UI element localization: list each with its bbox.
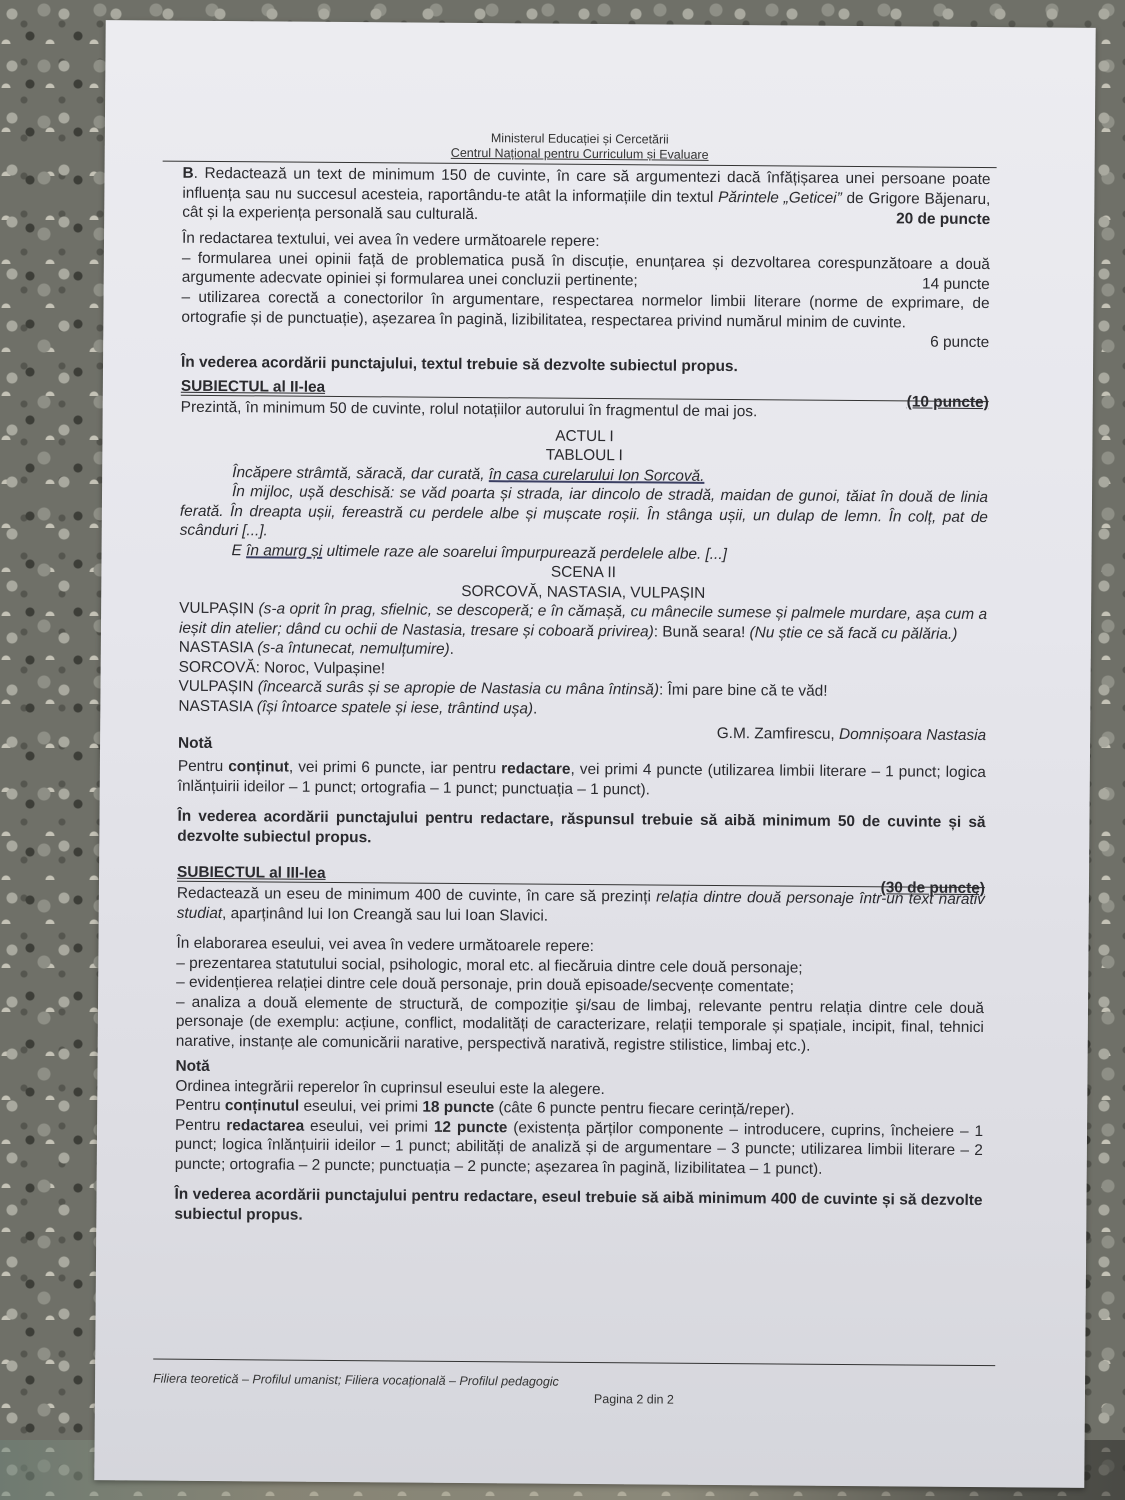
subject-3-title: SUBIECTUL al III-lea: [177, 864, 326, 882]
stage-note: (încearcă surâs și se apropie de Nastasi…: [258, 678, 659, 698]
subject-2-requirement: În vederea acordării punctajului pentru …: [177, 807, 985, 852]
underlined-stage-text: în amurg și: [246, 542, 322, 560]
underlined-stage-text: în casa curelarului Ion Sorcovă.: [489, 466, 705, 485]
stage-note: (își întoarce spatele și iese, trântind …: [257, 698, 533, 717]
dialogue: VULPAȘIN (s-a oprit în prag, sfielnic, s…: [178, 599, 987, 722]
stage-text: Încăpere strâmtă, săracă, dar curată,: [232, 464, 489, 483]
page-content: Ministerul Educației și Cercetării Centr…: [174, 129, 991, 1230]
speaker: NASTASIA: [179, 639, 253, 657]
spoken-line: .: [450, 641, 454, 658]
note-text: Pentru: [178, 758, 229, 775]
subject-3-points: (30 de puncte): [881, 879, 985, 897]
speaker: SORCOVĂ: [179, 658, 256, 676]
note-bold: conținut: [228, 758, 289, 775]
section-b-label: B: [182, 165, 193, 182]
note-text: (câte 6 puncte pentru fiecare cerință/re…: [494, 1099, 794, 1118]
spoken-line: : Îmi pare bine că te văd!: [659, 682, 828, 700]
dialogue-line: VULPAȘIN (s-a oprit în prag, sfielnic, s…: [179, 599, 987, 644]
spoken-line: : Noroc, Vulpașine!: [256, 659, 386, 677]
subject-2-title: SUBIECTUL al II-lea: [181, 378, 325, 396]
subject-3-requirement: În vederea acordării punctajului pentru …: [174, 1185, 982, 1230]
spoken-line: .: [533, 700, 537, 717]
subject-2-note: Pentru conținut, vei primi 6 puncte, iar…: [178, 757, 986, 802]
spoken-line: : Bună seara!: [654, 623, 750, 641]
note-text: eseului, vei primi: [304, 1117, 434, 1135]
text-title: Părintele „Geticei”: [718, 188, 842, 206]
stage-note: (s-a întunecat, nemulțumire): [257, 639, 450, 658]
page-header: Ministerul Educației și Cercetării Centr…: [163, 129, 997, 169]
exam-page: Ministerul Educației și Cercetării Centr…: [94, 20, 1095, 1488]
stage-direction-2: În mijloc, ușă deschisă: se văd poarta ș…: [180, 482, 988, 547]
prompt-text: , aparținând lui Ion Creangă sau lui Ioa…: [222, 905, 548, 925]
note-bold: 12 puncte: [434, 1118, 508, 1136]
criterion-2: – utilizarea corectă a conectorilor în a…: [181, 288, 989, 333]
subject-3-prompt: Redactează un eseu de minimum 400 de cuv…: [177, 884, 985, 929]
note-bold: conținutul: [225, 1097, 300, 1115]
subject-2-points: (10 puncte): [907, 393, 989, 411]
note-bold: redactare: [501, 760, 570, 778]
source-author: G.M. Zamfirescu,: [717, 725, 839, 743]
note-text: Pentru: [175, 1116, 226, 1133]
speaker: VULPAȘIN: [178, 678, 253, 696]
stage-text: ultimele raze ale soarelui împurpurează …: [322, 542, 727, 562]
stage-text: E: [232, 542, 247, 559]
note-bold: 18 puncte: [422, 1099, 494, 1117]
note-text: eseului, vei primi: [299, 1098, 422, 1116]
note-text: , vei primi 6 puncte, iar pentru: [289, 759, 501, 778]
page-footer: Filiera teoretică – Profilul umanist; Fi…: [153, 1371, 995, 1412]
subject-3-note-redact: Pentru redactarea eseului, vei primi 12 …: [175, 1115, 983, 1180]
speaker: VULPAȘIN: [179, 600, 254, 618]
source-title: Domnișoara Nastasia: [839, 726, 986, 744]
subject-3-criterion-3: – analiza a două elemente de structură, …: [176, 992, 984, 1057]
footer-divider: [153, 1359, 995, 1367]
speaker: NASTASIA: [178, 697, 252, 715]
stage-note: (Nu știe ce să facă cu pălăria.): [750, 624, 958, 643]
note-text: Pentru: [175, 1097, 225, 1114]
note-bold: redactarea: [226, 1117, 304, 1135]
prompt-text: Redactează un eseu de minimum 400 de cuv…: [177, 885, 656, 906]
